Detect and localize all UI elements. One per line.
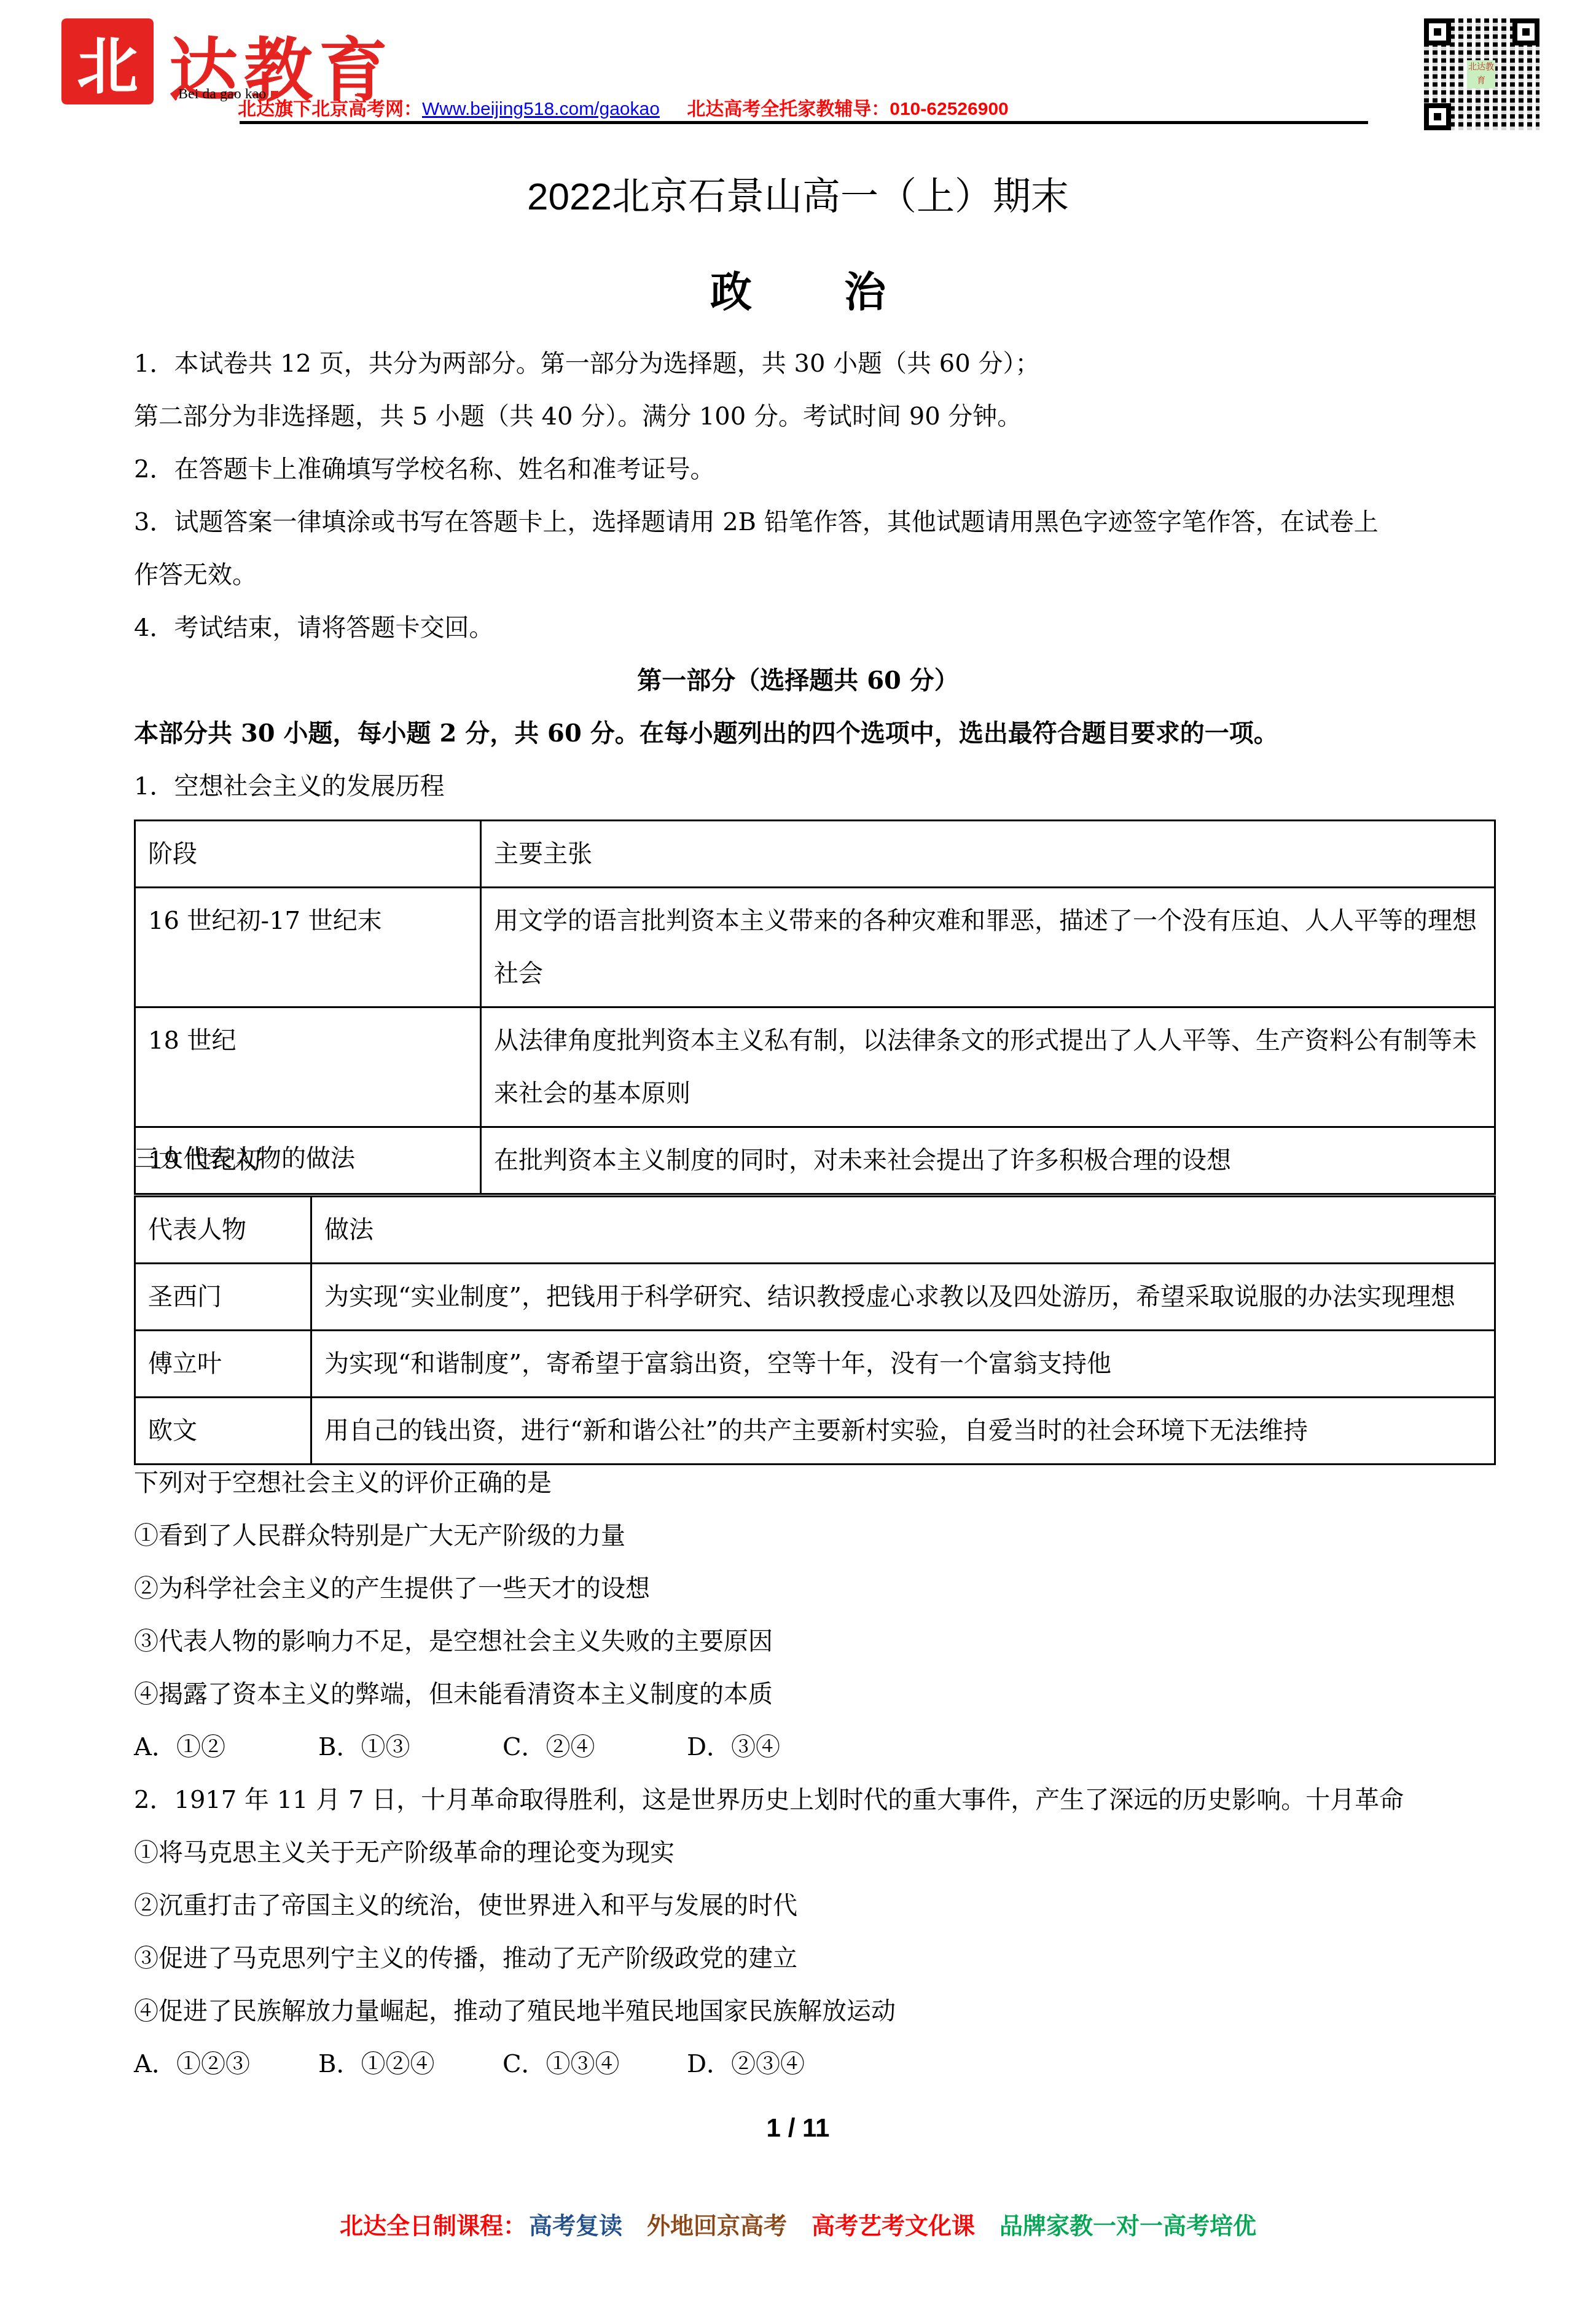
footer-course-link[interactable]: 高考艺考文化课 bbox=[812, 2213, 975, 2239]
q1-stem: 1．空想社会主义的发展历程 bbox=[134, 772, 444, 801]
q1-option-b[interactable]: B．①③ bbox=[318, 1732, 503, 1762]
q1-item: ③代表人物的影响力不足，是空想社会主义失败的主要原因 bbox=[134, 1627, 773, 1656]
q2-item: ③促进了马克思列宁主义的传播，推动了无产阶级政党的建立 bbox=[134, 1944, 797, 1973]
table-cell: 为实现“实业制度”，把钱用于科学研究、结识教授虚心求教以及四处游历，希望采取说服… bbox=[311, 1264, 1495, 1331]
footer-label: 北达全日制课程： bbox=[340, 2213, 526, 2239]
q1-item: ④揭露了资本主义的弊端，但未能看清资本主义制度的本质 bbox=[134, 1680, 773, 1709]
table-cell: 欧文 bbox=[135, 1398, 311, 1465]
tutor-phone: 010-62526900 bbox=[890, 99, 1009, 119]
logo-mark-char: 北 bbox=[77, 17, 138, 106]
table-cell: 在批判资本主义制度的同时，对未来社会提出了许多积极合理的设想 bbox=[481, 1127, 1495, 1194]
footer-course-link[interactable]: 外地回京高考 bbox=[647, 2213, 787, 2239]
instruction-line: 第二部分为非选择题，共 5 小题（共 40 分）。满分 100 分。考试时间 9… bbox=[134, 402, 1022, 431]
table-header-cell: 做法 bbox=[311, 1197, 1495, 1264]
q1-item: ②为科学社会主义的产生提供了一些天才的设想 bbox=[134, 1574, 650, 1603]
q1-item: ①看到了人民群众特别是广大无产阶级的力量 bbox=[134, 1521, 625, 1551]
q2-option-a[interactable]: A．①②③ bbox=[134, 2049, 318, 2079]
table-row: 傅立叶 为实现“和谐制度”，寄希望于富翁出资，空等十年，没有一个富翁支持他 bbox=[135, 1331, 1495, 1398]
subject-title: 政治 bbox=[0, 259, 1596, 319]
header-contact-line: 北达旗下北京高考网：Www.beijing518.com/gaokao 北达高考… bbox=[238, 93, 1009, 120]
table-row: 16 世纪初-17 世纪末 用文学的语言批判资本主义带来的各种灾难和罪恶，描述了… bbox=[135, 888, 1495, 1007]
footer-courses: 北达全日制课程：高考复读外地回京高考高考艺考文化课品牌家教一对一高考培优 bbox=[0, 2207, 1596, 2240]
table-row: 18 世纪 从法律角度批判资本主义私有制，以法律条文的形式提出了人人平等、生产资… bbox=[135, 1007, 1495, 1127]
table2-caption: 三大代表人物的做法 bbox=[134, 1144, 355, 1173]
representatives-table: 代表人物 做法 圣西门 为实现“实业制度”，把钱用于科学研究、结识教授虚心求教以… bbox=[134, 1195, 1496, 1465]
table-cell: 18 世纪 bbox=[135, 1007, 481, 1127]
qr-badge: 北达教育 bbox=[1467, 60, 1495, 88]
instruction-line: 4．考试结束，请将答题卡交回。 bbox=[134, 613, 493, 643]
table-cell: 16 世纪初-17 世纪末 bbox=[135, 888, 481, 1007]
q2-stem: 2．1917 年 11 月 7 日，十月革命取得胜利，这是世界历史上划时代的重大… bbox=[134, 1785, 1404, 1815]
part1-intro: 本部分共 30 小题，每小题 2 分，共 60 分。在每小题列出的四个选项中，选… bbox=[134, 719, 1278, 748]
footer-course-link[interactable]: 品牌家教一对一高考培优 bbox=[999, 2213, 1256, 2239]
part1-heading: 第一部分（选择题共 60 分） bbox=[0, 666, 1596, 695]
development-table: 阶段 主要主张 16 世纪初-17 世纪末 用文学的语言批判资本主义带来的各种灾… bbox=[134, 819, 1496, 1195]
q1-option-d[interactable]: D．③④ bbox=[687, 1732, 780, 1762]
header-rule bbox=[240, 121, 1368, 124]
tutor-label: 北达高考全托家教辅导： bbox=[687, 99, 890, 119]
instruction-line: 3．试题答案一律填涂或书写在答题卡上，选择题请用 2B 铅笔作答，其他试题请用黑… bbox=[134, 507, 1379, 537]
table-header-row: 代表人物 做法 bbox=[135, 1197, 1495, 1264]
q1-option-a[interactable]: A．①② bbox=[134, 1732, 318, 1762]
table-header-cell: 主要主张 bbox=[481, 821, 1495, 888]
table-row: 欧文 用自己的钱出资，进行“新和谐公社”的共产主要新村实验，自爱当时的社会环境下… bbox=[135, 1398, 1495, 1465]
table-header-cell: 代表人物 bbox=[135, 1197, 311, 1264]
table-cell: 从法律角度批判资本主义私有制，以法律条文的形式提出了人人平等、生产资料公有制等未… bbox=[481, 1007, 1495, 1127]
qr-code-icon: 北达教育 bbox=[1424, 18, 1539, 130]
page-indicator: 1 / 11 bbox=[0, 2113, 1596, 2143]
table-cell: 用文学的语言批判资本主义带来的各种灾难和罪恶，描述了一个没有压迫、人人平等的理想… bbox=[481, 888, 1495, 1007]
table-header-row: 阶段 主要主张 bbox=[135, 821, 1495, 888]
table-header-cell: 阶段 bbox=[135, 821, 481, 888]
table-cell: 为实现“和谐制度”，寄希望于富翁出资，空等十年，没有一个富翁支持他 bbox=[311, 1331, 1495, 1398]
q1-question: 下列对于空想社会主义的评价正确的是 bbox=[134, 1468, 552, 1498]
table-cell: 用自己的钱出资，进行“新和谐公社”的共产主要新村实验，自爱当时的社会环境下无法维… bbox=[311, 1398, 1495, 1465]
instruction-line: 作答无效。 bbox=[134, 560, 257, 590]
logo-mark: 北 bbox=[61, 18, 154, 104]
q2-item: ④促进了民族解放力量崛起，推动了殖民地半殖民地国家民族解放运动 bbox=[134, 1997, 896, 2026]
q1-option-c[interactable]: C．②④ bbox=[503, 1732, 687, 1762]
q1-options: A．①②B．①③C．②④D．③④ bbox=[134, 1732, 780, 1762]
instruction-line: 1．本试卷共 12 页，共分为两部分。第一部分为选择题，共 30 小题（共 60… bbox=[134, 349, 1039, 378]
q2-item: ②沉重打击了帝国主义的统治，使世界进入和平与发展的时代 bbox=[134, 1891, 797, 1920]
site-link[interactable]: Www.beijing518.com/gaokao bbox=[422, 99, 660, 119]
site-label: 北达旗下北京高考网： bbox=[238, 99, 422, 119]
q2-option-c[interactable]: C．①③④ bbox=[503, 2049, 687, 2079]
table-cell: 圣西门 bbox=[135, 1264, 311, 1331]
footer-course-link[interactable]: 高考复读 bbox=[529, 2213, 622, 2239]
q2-options: A．①②③B．①②④C．①③④D．②③④ bbox=[134, 2049, 805, 2079]
table-row: 圣西门 为实现“实业制度”，把钱用于科学研究、结识教授虚心求教以及四处游历，希望… bbox=[135, 1264, 1495, 1331]
q2-option-b[interactable]: B．①②④ bbox=[318, 2049, 503, 2079]
table-cell: 傅立叶 bbox=[135, 1331, 311, 1398]
page-title: 2022北京石景山高一（上）期末 bbox=[0, 166, 1596, 221]
q2-option-d[interactable]: D．②③④ bbox=[687, 2049, 805, 2079]
instruction-line: 2．在答题卡上准确填写学校名称、姓名和准考证号。 bbox=[134, 455, 714, 484]
q2-item: ①将马克思主义关于无产阶级革命的理论变为现实 bbox=[134, 1838, 675, 1868]
